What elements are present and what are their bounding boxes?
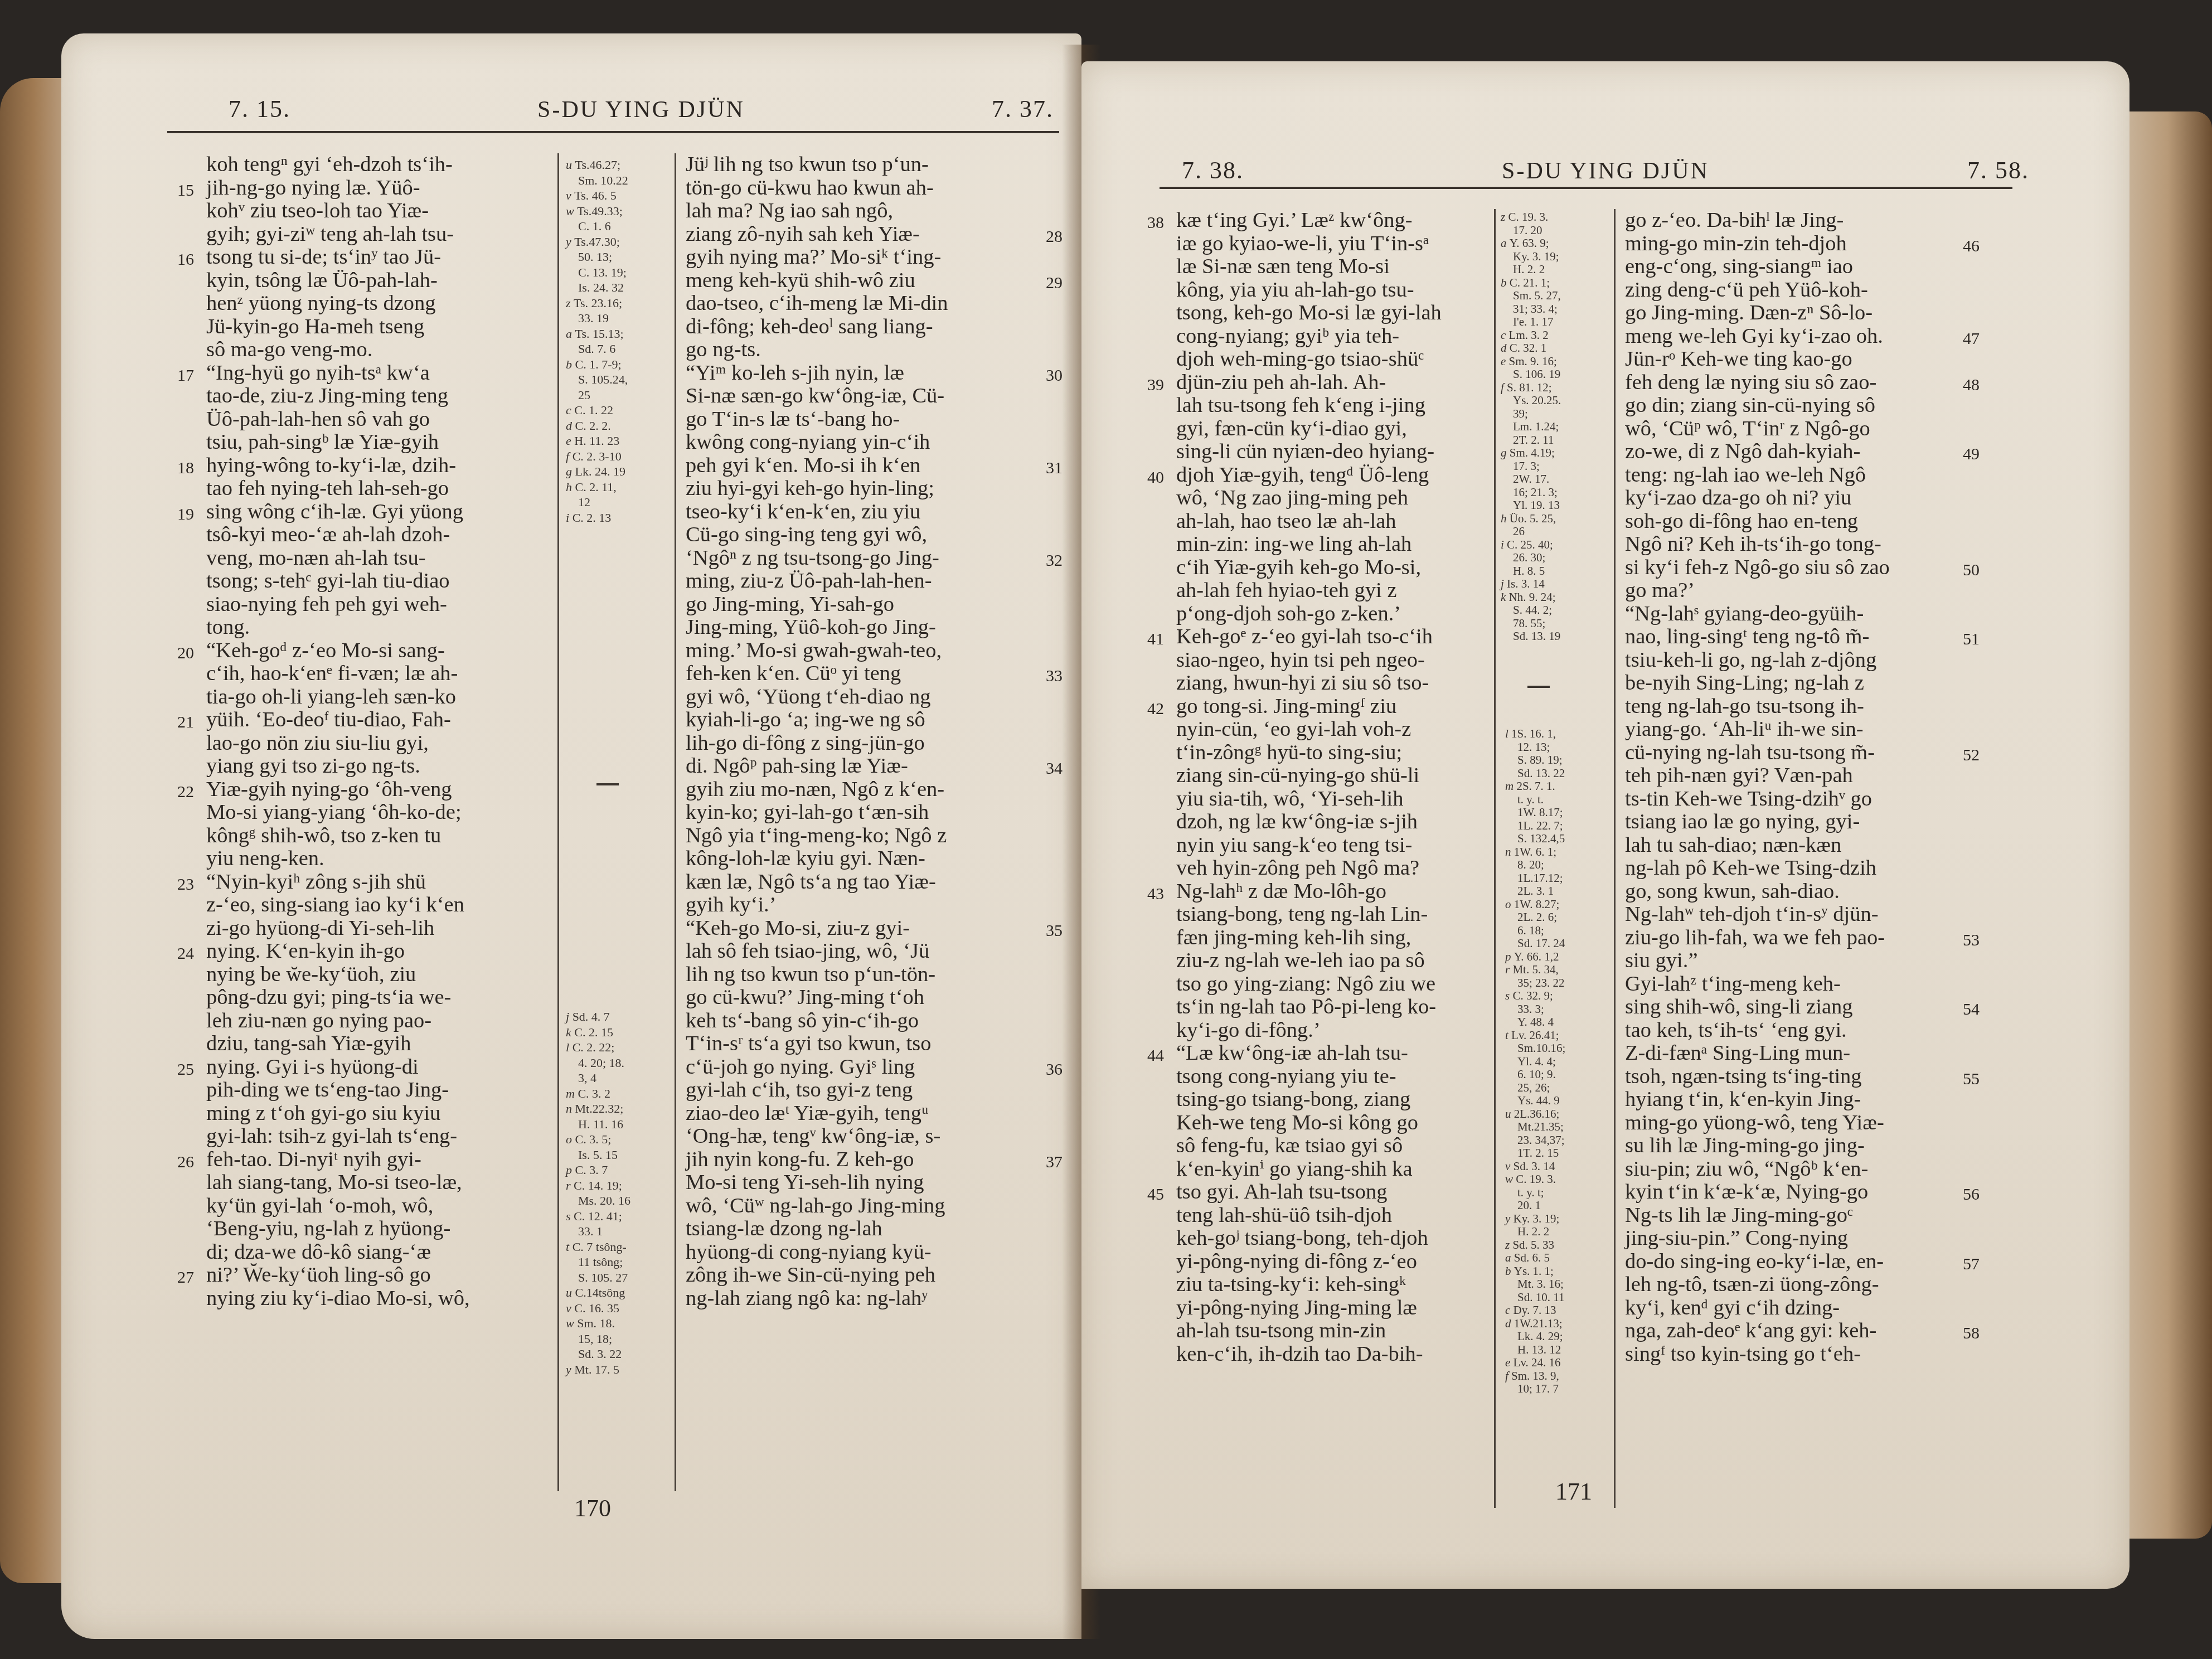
reference-value: Lk. 24. 19 xyxy=(575,464,625,478)
verse-text: ming-go min-zin teh-djoh xyxy=(1625,232,1847,255)
text-line: ah-lah tsu-tsong min-zin xyxy=(1176,1320,1477,1343)
text-line: 18hying-wông to-ky‘i-læ, dzih- xyxy=(206,454,541,478)
verse-number: 56 xyxy=(1963,1183,1980,1206)
reference-value: H. 13. 12 xyxy=(1517,1343,1561,1356)
verse-text: ng-lah ziang ngô ka: ng-lahʸ xyxy=(686,1287,928,1310)
cross-reference: y Ts.47.30; xyxy=(566,234,677,250)
text-line: 30 “Yiᵐ ko-leh s-jih nyin, læ xyxy=(686,362,1031,385)
text-line: su lih læ Jing-ming-go jing- xyxy=(1625,1134,1948,1158)
left-page: 7. 15. S-DU YING DJÜN 7. 37. koh tengⁿ g… xyxy=(61,33,1081,1639)
cross-reference: e Lv. 24. 16 xyxy=(1505,1356,1611,1370)
text-line: zông ih-we Sin-cü-nying peh xyxy=(686,1264,1031,1287)
reference-value: Ys. 20.25. xyxy=(1513,394,1561,407)
reference-value: 17. 3; xyxy=(1513,459,1540,473)
reference-value: C. 19. 3. xyxy=(1508,210,1548,224)
text-line: tseo-ky‘i k‘en-k‘en, ziu yiu xyxy=(686,501,1031,524)
verse-text: di; dza-we dô-kô siang-‘æ xyxy=(206,1240,431,1264)
cross-reference: 20. 1 xyxy=(1505,1199,1611,1212)
verse-text: tsiu-keh-li go, ng-lah z-djông xyxy=(1625,648,1876,672)
reference-key: e xyxy=(1505,1356,1514,1369)
cross-reference: Sm.10.16; xyxy=(1505,1042,1611,1055)
text-line: Gyi-lahᶻ t‘ing-meng keh- xyxy=(1625,973,1948,996)
text-line: 41Keh-goᵉ z-‘eo gyi-lah tso-c‘ih xyxy=(1176,625,1477,649)
left-text-column-1: koh tengⁿ gyi ‘eh-dzoh ts‘ih-15jih-ng-go… xyxy=(206,153,541,1310)
verse-text: ng-lah pô Keh-we Tsing-dzih xyxy=(1625,856,1876,880)
cross-reference: 33. 3; xyxy=(1505,1003,1611,1016)
verse-text: keh-goʲ tsiang-bong, teh-djoh xyxy=(1176,1226,1428,1250)
verse-number: 42 xyxy=(1147,697,1164,721)
reference-value: C. 32. 1 xyxy=(1510,341,1547,355)
text-line: ky‘ün gyi-lah ‘o-moh, wô, xyxy=(206,1195,541,1218)
text-line: ziang sin-cü-nying-go shü-li xyxy=(1176,764,1477,788)
text-line: Üô-pah-lah-hen sô vah go xyxy=(206,408,541,431)
reference-value: S. 106. 19 xyxy=(1513,367,1560,381)
text-line: pông-dzu gyi; ping-ts‘ia we- xyxy=(206,986,541,1010)
text-line: siu gyi.” xyxy=(1625,949,1948,973)
verse-text: yüih. ‘Eo-deoᶠ tiu-diao, Fah- xyxy=(206,708,451,731)
text-line: ky‘i-zao dza-go oh ni? yiu xyxy=(1625,487,1948,510)
verse-text: kyin, tsông læ Üô-pah-lah- xyxy=(206,269,438,292)
text-line: 51nao, ling-singᵗ teng ng-tô m̃- xyxy=(1625,625,1948,649)
reference-key: g xyxy=(1501,446,1510,459)
text-line: kông-loh-læ kyiu gyi. Næn- xyxy=(686,847,1031,871)
verse-text: Mo-si yiang-yiang ‘ôh-ko-de; xyxy=(206,801,462,824)
text-line: ming.’ Mo-si gwah-gwah-teo, xyxy=(686,639,1031,663)
left-text-column-2: Jüʲ lih ng tso kwun tso p‘un-tön-go cü-k… xyxy=(686,153,1031,1310)
cross-reference: k Nh. 9. 24; xyxy=(1501,591,1607,604)
text-line: veng, mo-næn ah-lah tsu- xyxy=(206,547,541,570)
reference-key: p xyxy=(1505,950,1514,963)
reference-key: r xyxy=(1505,963,1512,976)
verse-text: “Keh-goᵈ z-‘eo Mo-si sang- xyxy=(206,639,445,662)
cross-reference: 1T. 2. 15 xyxy=(1505,1147,1611,1160)
cross-reference: 10; 17. 7 xyxy=(1505,1382,1611,1396)
verse-number: 28 xyxy=(1046,225,1063,249)
verse-text: go din; ziang sin-cü-nying sô xyxy=(1625,394,1875,417)
reference-key: h xyxy=(1501,512,1510,525)
reference-value: S. 44. 2; xyxy=(1513,603,1552,617)
text-line: tao keh, ts‘ih-ts‘ ‘eng gyi. xyxy=(1625,1019,1948,1042)
reference-value: 2S. 7. 1. xyxy=(1516,779,1555,793)
verse-text: ‘Beng-yiu, ng-lah z hyüong- xyxy=(206,1217,450,1240)
cross-reference: 12. 13; xyxy=(1505,741,1611,754)
verse-text: siu-pin; ziu wô, “Ngôᵇ k‘en- xyxy=(1625,1157,1868,1181)
verse-number: 57 xyxy=(1963,1253,1980,1276)
verse-text: tsong cong-nyiang yiu te- xyxy=(1176,1065,1396,1088)
text-line: 21yüih. ‘Eo-deoᶠ tiu-diao, Fah- xyxy=(206,709,541,732)
reference-value: 1W. 8.27; xyxy=(1514,898,1559,911)
verse-text: yiu neng-ken. xyxy=(206,847,324,870)
verse-text: c‘ih, hao-k‘enᵉ fi-væn; læ ah- xyxy=(206,662,458,685)
reference-value: 26. 30; xyxy=(1513,551,1545,564)
cross-reference: d C. 32. 1 xyxy=(1501,342,1607,355)
text-line: tsô-kyi meo-‘æ ah-lah dzoh- xyxy=(206,523,541,547)
verse-text: di. Ngôᵖ pah-sing læ Yiæ- xyxy=(686,754,908,778)
reference-value: C. 2. 11, xyxy=(575,480,617,494)
cross-reference: r C. 14. 19; xyxy=(566,1178,677,1194)
text-line: gyi-lah: tsih-z gyi-lah ts‘eng- xyxy=(206,1125,541,1148)
verse-text: feh deng læ nying siu sô zao- xyxy=(1625,371,1876,394)
text-line: lah siang-tang, Mo-si tseo-læ, xyxy=(206,1171,541,1195)
text-line: lah tsu-tsong feh k‘eng i-jing xyxy=(1176,394,1477,418)
verse-text: tao keh, ts‘ih-ts‘ ‘eng gyi. xyxy=(1625,1018,1847,1042)
cross-reference: n Mt.22.32; xyxy=(566,1101,677,1117)
cross-reference: m C. 3. 2 xyxy=(566,1086,677,1102)
text-line: 19sing wông c‘ih-læ. Gyi yüong xyxy=(206,501,541,524)
verse-text: kyin-ko; gyi-lah-go t‘æn-sih xyxy=(686,801,929,824)
verse-text: ky‘ün gyi-lah ‘o-moh, wô, xyxy=(206,1194,433,1217)
verse-text: yi-pông-nying Jing-ming læ xyxy=(1176,1296,1417,1320)
verse-text: ah-lah tsu-tsong min-zin xyxy=(1176,1319,1386,1342)
reference-key: f xyxy=(1505,1369,1511,1382)
text-line: leh ng-tô, tsæn-zi üong-zông- xyxy=(1625,1273,1948,1297)
reference-key: k xyxy=(566,1025,574,1039)
reference-value: H. 2. 2 xyxy=(1517,1225,1549,1238)
reference-value: Lk. 4. 29; xyxy=(1517,1330,1563,1343)
reference-value: 50. 13; xyxy=(578,250,612,264)
reference-value: t. y. t; xyxy=(1517,1186,1544,1199)
verse-text: ziu-go lih-fah, wa we feh pao- xyxy=(1625,926,1885,949)
text-line: 27ni?’ W̆e-ky‘üoh ling-sô go xyxy=(206,1264,541,1287)
text-line: t‘in-zôngᵍ hyü-to sing-siu; xyxy=(1176,741,1477,765)
text-line: eng-c‘ong, sing-siangᵐ iao xyxy=(1625,255,1948,279)
text-line: ziu hyi-gyi keh-go hyin-ling; xyxy=(686,477,1031,501)
verse-text: meng we-leh Gyi ky‘i-zao oh. xyxy=(1625,324,1883,348)
verse-text: ah-lah, hao tseo læ ah-lah xyxy=(1176,510,1396,533)
cross-reference: 35; 23. 22 xyxy=(1505,977,1611,990)
verse-text: go tong-si. Jing-mingᶠ ziu xyxy=(1176,695,1396,718)
verse-number: 25 xyxy=(177,1058,194,1081)
verse-text: ziang zô-nyih sah keh Yiæ- xyxy=(686,222,920,246)
verse-text: singᶠ tso kyin-tsing go t‘eh- xyxy=(1625,1342,1861,1366)
verse-text: fæn jing-ming keh-lih sing, xyxy=(1176,926,1411,949)
verse-text: Ng-lahʷ teh-djoh t‘in-sʸ djün- xyxy=(1625,903,1879,926)
cross-reference: Mt. 3. 16; xyxy=(1505,1278,1611,1291)
text-line: ky‘i, kenᵈ gyi c‘ih dzing- xyxy=(1625,1297,1948,1320)
text-line: nying ziu ky‘i-diao Mo-si, wô, xyxy=(206,1287,541,1311)
left-references-top: u Ts.46.27;Sm. 10.22v Ts. 46. 5w Ts.49.3… xyxy=(566,157,677,525)
cross-reference: t Lv. 26.41; xyxy=(1505,1029,1611,1042)
cross-reference: 23. 34,37; xyxy=(1505,1134,1611,1147)
text-line: 57do-do sing-ing eo-ky‘i-læ, en- xyxy=(1625,1250,1948,1274)
text-line: min-zin: ing-we ling ah-lah xyxy=(1176,533,1477,556)
text-line: Cü-go sing-ing teng gyi wô, xyxy=(686,523,1031,547)
cross-reference: Ys. 44. 9 xyxy=(1505,1094,1611,1108)
reference-value: C. 1. 7-9; xyxy=(575,357,622,371)
reference-value: C. 2. 2. xyxy=(575,419,611,433)
reference-value: I'e. 1. 17 xyxy=(1513,315,1554,328)
reference-key: t xyxy=(566,1240,573,1254)
text-line: kyin-ko; gyi-lah-go t‘æn-sih xyxy=(686,801,1031,824)
verse-text: ming.’ Mo-si gwah-gwah-teo, xyxy=(686,639,942,662)
cross-reference: t. y. t; xyxy=(1505,1186,1611,1200)
text-line: Keh-we teng Mo-si kông go xyxy=(1176,1112,1477,1135)
verse-text: peh gyi k‘en. Mo-si ih k‘en xyxy=(686,454,920,477)
cross-reference: Ms. 20. 16 xyxy=(566,1193,677,1209)
text-line: 42go tong-si. Jing-mingᶠ ziu xyxy=(1176,695,1477,719)
reference-key: e xyxy=(566,434,574,448)
text-line: Ng-lahʷ teh-djoh t‘in-sʸ djün- xyxy=(1625,903,1948,926)
verse-text: go cü-kwu?’ Jing-ming t‘oh xyxy=(686,986,924,1009)
cross-reference: 26. 30; xyxy=(1501,551,1607,565)
cross-reference: 17. 3; xyxy=(1501,460,1607,473)
reference-key: u xyxy=(566,158,575,172)
verse-text: ming, ziu-z Üô-pah-lah-hen- xyxy=(686,569,932,593)
verse-text: yiu sia-tih, wô, ‘Yi-seh-lih xyxy=(1176,787,1403,811)
reference-key: v xyxy=(1505,1160,1514,1173)
cross-reference: j Is. 3. 14 xyxy=(1501,578,1607,591)
cross-reference: 50. 13; xyxy=(566,249,677,265)
verse-text: ‘Ngôⁿ z ng tsu-tsong-go Jing- xyxy=(686,546,939,570)
reference-value: 1W. 8.17; xyxy=(1517,806,1563,819)
verse-text: kwông cong-nyiang yin-c‘ih xyxy=(686,430,930,454)
reference-value: 2L. 2. 6; xyxy=(1517,910,1557,924)
right-header-rule xyxy=(1160,187,2012,189)
text-line: 25nying. Gyi i-s hyüong-di xyxy=(206,1056,541,1079)
verse-text: t‘in-zôngᵍ hyü-to sing-siu; xyxy=(1176,741,1402,764)
cross-reference: 17. 20 xyxy=(1501,224,1607,237)
cross-reference: p Y. 66. 1,2 xyxy=(1505,950,1611,964)
text-line: lih-go di-fông z sing-jün-go xyxy=(686,732,1031,755)
reference-value: Lv. 26.41; xyxy=(1511,1029,1559,1042)
verse-number: 49 xyxy=(1963,443,1980,466)
verse-text: ni?’ W̆e-ky‘üoh ling-sô go xyxy=(206,1263,431,1287)
text-line: 29meng keh-kyü shih-wô ziu xyxy=(686,269,1031,293)
verse-number: 27 xyxy=(177,1266,194,1289)
cross-reference: f S. 81. 12; xyxy=(1501,381,1607,395)
reference-value: C. 2. 13 xyxy=(573,511,612,525)
cross-reference: u C.14tsông xyxy=(566,1285,677,1301)
verse-number: 36 xyxy=(1046,1058,1063,1081)
verse-text: go T‘in-s læ ts‘-bang ho- xyxy=(686,408,900,431)
reference-value: Sd. 3. 22 xyxy=(578,1347,622,1361)
text-line: tso go ying-ziang: Ngô ziu we xyxy=(1176,973,1477,996)
reference-value: 12 xyxy=(578,495,590,509)
reference-key: j xyxy=(566,1010,573,1023)
verse-text: tao feh nying-teh lah-seh-go xyxy=(206,477,449,500)
reference-value: H. 8. 5 xyxy=(1513,564,1545,578)
verse-text: kyiah-li-go ‘a; ing-we ng sô xyxy=(686,708,925,731)
verse-text: ming-go yüong-wô, teng Yiæ- xyxy=(1625,1111,1884,1134)
left-page-number: 170 xyxy=(574,1494,611,1522)
verse-text: lih ng tso kwun tso p‘un-tön- xyxy=(686,963,935,986)
verse-text: Ng-ts lih læ Jing-ming-goᶜ xyxy=(1625,1204,1853,1227)
reference-value: Yl. 4. 4; xyxy=(1517,1055,1556,1068)
reference-value: Mt.22.32; xyxy=(575,1102,624,1115)
verse-text: tsô-kyi meo-‘æ ah-lah dzoh- xyxy=(206,523,450,546)
reference-value: C. 16. 35 xyxy=(574,1301,619,1315)
reference-value: 33. 3; xyxy=(1517,1002,1544,1016)
cross-reference: e H. 11. 23 xyxy=(566,433,677,449)
left-references-bottom: j Sd. 4. 7k C. 2. 15l C. 2. 22;4. 20; 18… xyxy=(566,1009,677,1377)
cross-reference: z C. 19. 3. xyxy=(1501,211,1607,224)
text-line: 26feh-tao. Di-nyiᵗ nyih gyi- xyxy=(206,1148,541,1172)
cross-reference: n 1W. 6. 1; xyxy=(1505,846,1611,859)
reference-key: d xyxy=(566,419,575,433)
left-running-head: 7. 15. S-DU YING DJÜN 7. 37. xyxy=(229,95,1054,123)
verse-text: djoh weh-ming-go tsiao-shüᶜ xyxy=(1176,347,1424,371)
cross-reference: h Üo. 5. 25, xyxy=(1501,512,1607,526)
verse-number: 19 xyxy=(177,503,194,526)
verse-number: 45 xyxy=(1147,1183,1164,1206)
verse-text: tsiang-læ dzong ng-lah xyxy=(686,1217,882,1240)
text-line: dao-tseo, c‘ih-meng læ Mi-din xyxy=(686,292,1031,316)
text-line: gyih ziu mo-næn, Ngô z k‘en- xyxy=(686,778,1031,802)
cross-reference: 11 tsông; xyxy=(566,1254,677,1270)
reference-key: u xyxy=(566,1286,575,1299)
verse-text: tso gyi. Ah-lah tsu-tsong xyxy=(1176,1180,1388,1204)
reference-value: 1S. 16. 1, xyxy=(1511,727,1556,740)
cross-reference: 25 xyxy=(566,387,677,403)
verse-text: dzoh, ng læ kw‘ông-iæ s-jih xyxy=(1176,810,1418,833)
verse-text: teh pih-næn gyi? Væn-pah xyxy=(1625,764,1853,787)
verse-text: nga, zah-deoᵉ k‘ang gyi: keh- xyxy=(1625,1319,1876,1342)
cross-reference: H. 13. 12 xyxy=(1505,1343,1611,1357)
reference-value: Sm. 4.19; xyxy=(1510,446,1555,459)
cross-reference: Sd. 3. 22 xyxy=(566,1346,677,1362)
text-line: lao-go nön ziu siu-liu gyi, xyxy=(206,732,541,755)
verse-number: 38 xyxy=(1147,211,1164,235)
text-line: gyih ky‘i.’ xyxy=(686,894,1031,917)
verse-text: siao-nying feh peh gyi weh- xyxy=(206,593,447,616)
right-range-end: 7. 58. xyxy=(1967,156,2029,185)
text-line: ming, ziu-z Üô-pah-lah-hen- xyxy=(686,570,1031,593)
verse-text: c‘ü-joh go nying. Gyiˢ ling xyxy=(686,1055,915,1079)
reference-value: Ts. 23.16; xyxy=(574,296,622,310)
cross-reference: s C. 32. 9; xyxy=(1505,989,1611,1003)
reference-value: H. 2. 2 xyxy=(1513,263,1545,276)
cross-reference: S. 44. 2; xyxy=(1501,604,1607,617)
text-line: yi-pông-nying di-fông z-‘eo xyxy=(1176,1250,1477,1274)
text-line: Mo-si teng Yi-seh-lih nying xyxy=(686,1171,1031,1195)
verse-text: djoh Yiæ-gyih, tengᵈ Üô-leng xyxy=(1176,463,1429,487)
text-line: kwông cong-nyiang yin-c‘ih xyxy=(686,431,1031,454)
reference-value: 23. 34,37; xyxy=(1517,1133,1565,1147)
cross-reference: v Ts. 46. 5 xyxy=(566,188,677,203)
reference-key: o xyxy=(1505,898,1514,911)
reference-value: C. 14. 19; xyxy=(574,1178,622,1192)
reference-value: 2L. 3. 1 xyxy=(1517,884,1554,898)
text-line: 54sing shih-wô, sing-li ziang xyxy=(1625,996,1948,1019)
verse-text: kyin t‘in k‘æ-k‘æ, Nying-go xyxy=(1625,1180,1868,1204)
text-line: Si-næ sæn-go kw‘ông-iæ, Cü- xyxy=(686,385,1031,408)
verse-text: gyi, fæn-cün ky‘i-diao gyi, xyxy=(1176,417,1407,440)
text-line: Z-di-fænᵃ Sing-Ling mun- xyxy=(1625,1042,1948,1065)
verse-text: Gyi-lahᶻ t‘ing-meng keh- xyxy=(1625,972,1841,996)
verse-text: Ngô ni? Keh ih-ts‘ih-go tong- xyxy=(1625,532,1881,556)
verse-text: ky‘i-go di-fông.’ xyxy=(1176,1018,1321,1042)
cross-reference: i C. 2. 13 xyxy=(566,510,677,526)
verse-text: siu gyi.” xyxy=(1625,949,1697,972)
verse-number: 23 xyxy=(177,873,194,896)
text-line: zi-go hyüong-di Yi-seh-lih xyxy=(206,917,541,940)
text-line: gyi wô, ‘Yüong t‘eh-diao ng xyxy=(686,686,1031,709)
right-range-start: 7. 38. xyxy=(1182,156,1244,185)
reference-value: 12. 13; xyxy=(1517,740,1550,754)
verse-text: kæn læ, Ngô ts‘a ng tao Yiæ- xyxy=(686,870,936,894)
reference-value: C. 3. 7 xyxy=(575,1163,608,1177)
reference-value: 2W. 17. xyxy=(1513,472,1549,486)
reference-value: Is. 3. 14 xyxy=(1507,577,1545,590)
text-line: tong. xyxy=(206,616,541,639)
right-text-column-1: 38kæ t‘ing Gyi.’ Læᶻ kw‘ông-iæ go kyiao-… xyxy=(1176,209,1477,1366)
verse-text: Ng-lahʰ z dæ Mo-lôh-go xyxy=(1176,880,1386,903)
reference-value: S. 105.24, xyxy=(578,372,628,386)
cross-reference: l 1S. 16. 1, xyxy=(1505,727,1611,741)
text-line: 46ming-go min-zin teh-djoh xyxy=(1625,232,1948,256)
text-line: kyin, tsông læ Üô-pah-lah- xyxy=(206,269,541,293)
reference-value: Sd. 7. 6 xyxy=(578,342,615,356)
reference-value: C. 32. 9; xyxy=(1512,989,1553,1002)
verse-text: c‘ih Yiæ-gyih keh-go Mo-si, xyxy=(1176,556,1421,579)
cross-reference: 4. 20; 18. xyxy=(566,1055,677,1071)
verse-text: Jü-kyin-go Ha-meh tseng xyxy=(206,315,424,338)
verse-text: p‘ong-djoh soh-go z-ken.’ xyxy=(1176,602,1401,625)
cross-reference: H. 2. 2 xyxy=(1505,1225,1611,1239)
cross-reference: Lm. 1.24; xyxy=(1501,420,1607,434)
text-line: nyin-cün, ‘eo gyi-lah voh-z xyxy=(1176,718,1477,741)
text-line: go ma?’ xyxy=(1625,579,1948,603)
text-line: 34di. Ngôᵖ pah-sing læ Yiæ- xyxy=(686,755,1031,778)
text-line: pih-ding we ts‘eng-tao Jing- xyxy=(206,1079,541,1102)
verse-text: ziang sin-cü-nying-go shü-li xyxy=(1176,764,1419,787)
verse-text: tong. xyxy=(206,615,250,639)
verse-text: lao-go nön ziu siu-liu gyi, xyxy=(206,731,429,755)
cross-reference: Yl. 19. 13 xyxy=(1501,499,1607,512)
reference-value: 2L.36.16; xyxy=(1514,1107,1560,1120)
verse-text: jih-ng-go nying læ. Yüô- xyxy=(206,176,420,200)
reference-value: S. 81. 12; xyxy=(1507,381,1552,394)
cross-reference: S. 132.4,5 xyxy=(1505,832,1611,846)
text-line: tsiang iao læ go nying, gyi- xyxy=(1625,811,1948,834)
text-line: 36c‘ü-joh go nying. Gyiˢ ling xyxy=(686,1056,1031,1079)
verse-number: 41 xyxy=(1147,628,1164,651)
cross-reference: S. 105.24, xyxy=(566,372,677,387)
verse-number: 39 xyxy=(1147,373,1164,397)
text-line: yiang gyi tso zi-go ng-ts. xyxy=(206,755,541,778)
reference-value: Nh. 9. 24; xyxy=(1509,590,1556,604)
cross-reference: y Ky. 3. 19; xyxy=(1505,1212,1611,1226)
text-line: Ngô ni? Keh ih-ts‘ih-go tong- xyxy=(1625,533,1948,556)
verse-text: sô feng-fu, kæ tsiao gyi sô xyxy=(1176,1134,1403,1157)
reference-value: 25, 26; xyxy=(1517,1081,1550,1094)
cross-reference: Sm. 5. 27, xyxy=(1501,289,1607,303)
cross-reference: Mt.21.35; xyxy=(1505,1120,1611,1134)
reference-key: u xyxy=(1505,1107,1514,1120)
verse-text: ah-lah feh hyiao-teh gyi z xyxy=(1176,579,1397,602)
reference-value: Sm.10.16; xyxy=(1517,1041,1565,1055)
right-running-head: 7. 38. S-DU YING DJÜN 7. 58. xyxy=(1182,156,2029,185)
verse-text: kôngᵍ shih-wô, tso z-ken tu xyxy=(206,824,441,847)
reference-key: o xyxy=(566,1132,575,1146)
verse-text: kohᵛ ziu tseo-loh tao Yiæ- xyxy=(206,199,429,222)
cross-reference: e Sm. 9. 16; xyxy=(1501,355,1607,368)
cross-reference: 2W. 17. xyxy=(1501,473,1607,486)
cross-reference: v C. 16. 35 xyxy=(566,1301,677,1316)
cross-reference: Lk. 4. 29; xyxy=(1505,1330,1611,1343)
reference-value: 33. 19 xyxy=(578,311,609,325)
verse-number: 50 xyxy=(1963,559,1980,582)
verse-text: go ma?’ xyxy=(1625,579,1695,602)
text-line: Jü-kyin-go Ha-meh tseng xyxy=(206,316,541,339)
reference-value: Sm. 10.22 xyxy=(578,173,628,187)
reference-value: 33. 1 xyxy=(578,1224,603,1238)
text-line: yi-pông-nying Jing-ming læ xyxy=(1176,1297,1477,1320)
verse-text: læ Si-næ sæn teng Mo-si xyxy=(1176,255,1390,278)
text-line: 32‘Ngôⁿ z ng tsu-tsong-go Jing- xyxy=(686,547,1031,570)
text-line: nying be w̆e-ky‘üoh, ziu xyxy=(206,963,541,987)
text-line: 31peh gyi k‘en. Mo-si ih k‘en xyxy=(686,454,1031,478)
